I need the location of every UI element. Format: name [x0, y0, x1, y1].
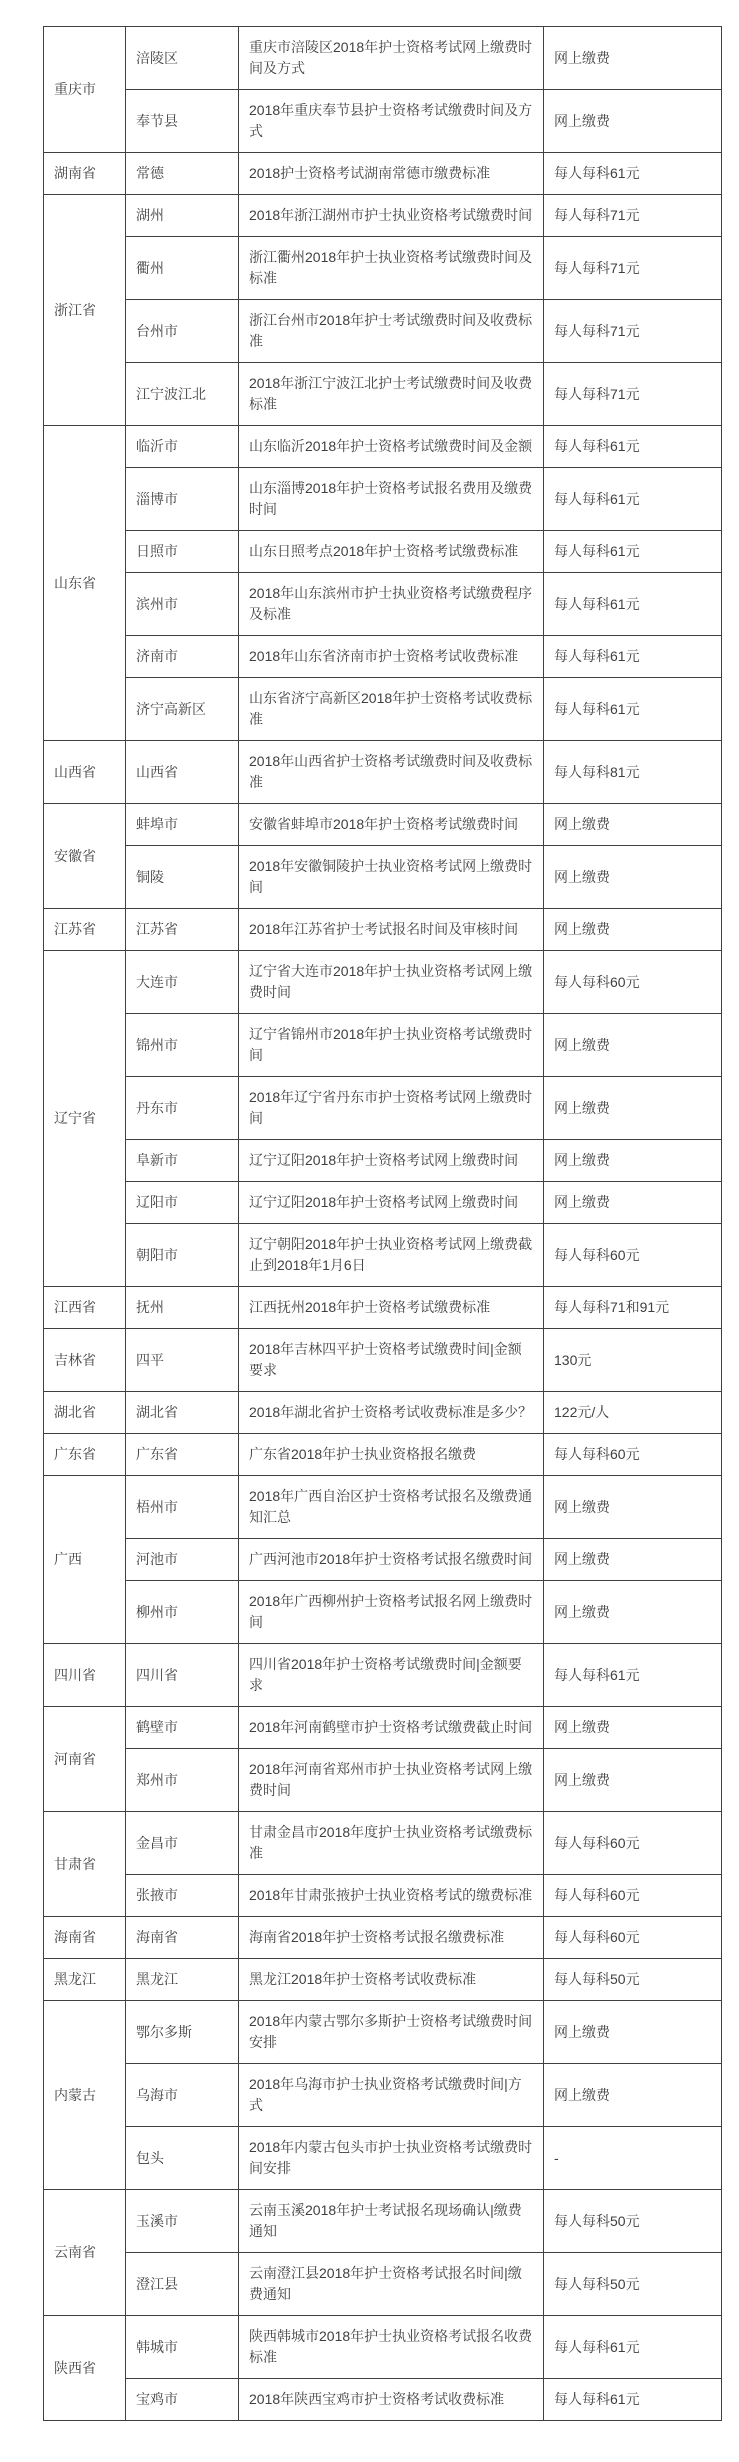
province-group: 山东省临沂市山东临沂2018年护士资格考试缴费时间及金额每人每科61元淄博市山东…	[44, 426, 722, 741]
fee-cell: 每人每科50元	[544, 2190, 722, 2253]
fee-cell: 网上缴费	[544, 27, 722, 90]
table-row: 日照市山东日照考点2018年护士资格考试缴费标准每人每科61元	[44, 531, 722, 573]
title-cell[interactable]: 2018年辽宁省丹东市护士资格考试网上缴费时间	[239, 1077, 544, 1140]
fee-cell: 每人每科61元	[544, 573, 722, 636]
table-row: 甘肃省金昌市甘肃金昌市2018年度护士执业资格考试缴费标准每人每科60元	[44, 1812, 722, 1875]
fee-cell: 每人每科71和91元	[544, 1287, 722, 1329]
table-row: 乌海市2018年乌海市护士执业资格考试缴费时间|方式网上缴费	[44, 2064, 722, 2127]
title-cell[interactable]: 江西抚州2018年护士资格考试缴费标准	[239, 1287, 544, 1329]
city-cell: 四川省	[126, 1644, 239, 1707]
fee-cell: 网上缴费	[544, 1581, 722, 1644]
city-cell: 海南省	[126, 1917, 239, 1959]
table-row: 柳州市2018年广西柳州护士资格考试报名网上缴费时间网上缴费	[44, 1581, 722, 1644]
city-cell: 大连市	[126, 951, 239, 1014]
title-cell[interactable]: 2018年江苏省护士考试报名时间及审核时间	[239, 909, 544, 951]
city-cell: 郑州市	[126, 1749, 239, 1812]
table-row: 淄博市山东淄博2018年护士资格考试报名费用及缴费时间每人每科61元	[44, 468, 722, 531]
fee-cell: 网上缴费	[544, 90, 722, 153]
table-row: 重庆市涪陵区重庆市涪陵区2018年护士资格考试网上缴费时间及方式网上缴费	[44, 27, 722, 90]
table-row: 张掖市2018年甘肃张掖护士执业资格考试的缴费标准每人每科60元	[44, 1875, 722, 1917]
fee-cell: -	[544, 2127, 722, 2190]
table-row: 云南省玉溪市云南玉溪2018年护士考试报名现场确认|缴费通知每人每科50元	[44, 2190, 722, 2253]
province-cell: 江西省	[44, 1287, 126, 1329]
fee-cell: 每人每科60元	[544, 1875, 722, 1917]
title-cell[interactable]: 云南玉溪2018年护士考试报名现场确认|缴费通知	[239, 2190, 544, 2253]
province-group: 陕西省韩城市陕西韩城市2018年护士执业资格考试报名收费标准每人每科61元宝鸡市…	[44, 2316, 722, 2421]
city-cell: 济南市	[126, 636, 239, 678]
title-cell[interactable]: 浙江台州市2018年护士考试缴费时间及收费标准	[239, 300, 544, 363]
table-row: 锦州市辽宁省锦州市2018年护士执业资格考试缴费时间网上缴费	[44, 1014, 722, 1077]
title-cell[interactable]: 陕西韩城市2018年护士执业资格考试报名收费标准	[239, 2316, 544, 2379]
city-cell: 铜陵	[126, 846, 239, 909]
province-group: 辽宁省大连市辽宁省大连市2018年护士执业资格考试网上缴费时间每人每科60元锦州…	[44, 951, 722, 1287]
title-cell[interactable]: 广西河池市2018年护士资格考试报名缴费时间	[239, 1539, 544, 1581]
fee-cell: 网上缴费	[544, 1539, 722, 1581]
title-cell[interactable]: 2018年山东滨州市护士执业资格考试缴费程序及标准	[239, 573, 544, 636]
table-row: 黑龙江黑龙江黑龙江2018年护士资格考试收费标准每人每科50元	[44, 1959, 722, 2001]
table-row: 滨州市2018年山东滨州市护士执业资格考试缴费程序及标准每人每科61元	[44, 573, 722, 636]
table-row: 台州市浙江台州市2018年护士考试缴费时间及收费标准每人每科71元	[44, 300, 722, 363]
city-cell: 济宁高新区	[126, 678, 239, 741]
table-row: 陕西省韩城市陕西韩城市2018年护士执业资格考试报名收费标准每人每科61元	[44, 2316, 722, 2379]
province-group: 海南省海南省海南省2018年护士资格考试报名缴费标准每人每科60元	[44, 1917, 722, 1959]
province-group: 山西省山西省2018年山西省护士资格考试缴费时间及收费标准每人每科81元	[44, 741, 722, 804]
city-cell: 湖州	[126, 195, 239, 237]
city-cell: 河池市	[126, 1539, 239, 1581]
table-row: 丹东市2018年辽宁省丹东市护士资格考试网上缴费时间网上缴费	[44, 1077, 722, 1140]
page: 重庆市涪陵区重庆市涪陵区2018年护士资格考试网上缴费时间及方式网上缴费奉节县2…	[0, 26, 739, 2462]
fee-cell: 每人每科60元	[544, 1917, 722, 1959]
province-group: 江西省抚州江西抚州2018年护士资格考试缴费标准每人每科71和91元	[44, 1287, 722, 1329]
fee-cell: 每人每科61元	[544, 468, 722, 531]
province-group: 安徽省蚌埠市安徽省蚌埠市2018年护士资格考试缴费时间网上缴费铜陵2018年安徽…	[44, 804, 722, 909]
fee-cell: 每人每科61元	[544, 1644, 722, 1707]
table-row: 广西梧州市2018年广西自治区护士资格考试报名及缴费通知汇总网上缴费	[44, 1476, 722, 1539]
fee-cell: 每人每科61元	[544, 678, 722, 741]
fee-cell: 每人每科71元	[544, 237, 722, 300]
fee-cell: 每人每科50元	[544, 1959, 722, 2001]
fee-cell: 每人每科61元	[544, 153, 722, 195]
city-cell: 澄江县	[126, 2253, 239, 2316]
title-cell[interactable]: 2018年陕西宝鸡市护士资格考试收费标准	[239, 2379, 544, 2421]
province-cell: 云南省	[44, 2190, 126, 2316]
title-cell[interactable]: 2018年甘肃张掖护士执业资格考试的缴费标准	[239, 1875, 544, 1917]
title-cell[interactable]: 甘肃金昌市2018年度护士执业资格考试缴费标准	[239, 1812, 544, 1875]
province-group: 重庆市涪陵区重庆市涪陵区2018年护士资格考试网上缴费时间及方式网上缴费奉节县2…	[44, 27, 722, 153]
city-cell: 湖北省	[126, 1392, 239, 1434]
province-cell: 广西	[44, 1476, 126, 1644]
fee-cell: 每人每科61元	[544, 636, 722, 678]
city-cell: 包头	[126, 2127, 239, 2190]
fee-cell: 每人每科61元	[544, 531, 722, 573]
city-cell: 柳州市	[126, 1581, 239, 1644]
title-cell[interactable]: 2018年内蒙古鄂尔多斯护士资格考试缴费时间安排	[239, 2001, 544, 2064]
table-row: 吉林省四平2018年吉林四平护士资格考试缴费时间|金额要求130元	[44, 1329, 722, 1392]
fee-cell: 网上缴费	[544, 1140, 722, 1182]
title-cell[interactable]: 山东临沂2018年护士资格考试缴费时间及金额	[239, 426, 544, 468]
province-group: 四川省四川省四川省2018年护士资格考试缴费时间|金额要求每人每科61元	[44, 1644, 722, 1707]
fee-cell: 每人每科71元	[544, 300, 722, 363]
city-cell: 宝鸡市	[126, 2379, 239, 2421]
title-cell[interactable]: 辽宁辽阳2018年护士资格考试网上缴费时间	[239, 1140, 544, 1182]
province-group: 江苏省江苏省2018年江苏省护士考试报名时间及审核时间网上缴费	[44, 909, 722, 951]
city-cell: 抚州	[126, 1287, 239, 1329]
title-cell[interactable]: 2018年河南鹤壁市护士资格考试缴费截止时间	[239, 1707, 544, 1749]
city-cell: 常德	[126, 153, 239, 195]
province-group: 河南省鹤壁市2018年河南鹤壁市护士资格考试缴费截止时间网上缴费郑州市2018年…	[44, 1707, 722, 1812]
table-row: 朝阳市辽宁朝阳2018年护士执业资格考试网上缴费截止到2018年1月6日每人每科…	[44, 1224, 722, 1287]
title-cell[interactable]: 辽宁省锦州市2018年护士执业资格考试缴费时间	[239, 1014, 544, 1077]
city-cell: 日照市	[126, 531, 239, 573]
province-group: 广西梧州市2018年广西自治区护士资格考试报名及缴费通知汇总网上缴费河池市广西河…	[44, 1476, 722, 1644]
table-row: 广东省广东省广东省2018年护士执业资格报名缴费每人每科60元	[44, 1434, 722, 1476]
province-cell: 吉林省	[44, 1329, 126, 1392]
title-cell[interactable]: 云南澄江县2018年护士资格考试报名时间|缴费通知	[239, 2253, 544, 2316]
province-group: 浙江省湖州2018年浙江湖州市护士执业资格考试缴费时间每人每科71元衢州浙江衢州…	[44, 195, 722, 426]
title-cell[interactable]: 山东日照考点2018年护士资格考试缴费标准	[239, 531, 544, 573]
title-cell[interactable]: 广东省2018年护士执业资格报名缴费	[239, 1434, 544, 1476]
city-cell: 丹东市	[126, 1077, 239, 1140]
province-cell: 湖北省	[44, 1392, 126, 1434]
table-row: 内蒙古鄂尔多斯2018年内蒙古鄂尔多斯护士资格考试缴费时间安排网上缴费	[44, 2001, 722, 2064]
city-cell: 衢州	[126, 237, 239, 300]
city-cell: 奉节县	[126, 90, 239, 153]
fee-cell: 122元/人	[544, 1392, 722, 1434]
city-cell: 台州市	[126, 300, 239, 363]
table-row: 湖南省常德2018护士资格考试湖南常德市缴费标准每人每科61元	[44, 153, 722, 195]
table-row: 浙江省湖州2018年浙江湖州市护士执业资格考试缴费时间每人每科71元	[44, 195, 722, 237]
table-row: 衢州浙江衢州2018年护士执业资格考试缴费时间及标准每人每科71元	[44, 237, 722, 300]
city-cell: 辽阳市	[126, 1182, 239, 1224]
title-cell[interactable]: 2018年重庆奉节县护士资格考试缴费时间及方式	[239, 90, 544, 153]
fee-cell: 每人每科61元	[544, 2316, 722, 2379]
province-group: 甘肃省金昌市甘肃金昌市2018年度护士执业资格考试缴费标准每人每科60元张掖市2…	[44, 1812, 722, 1917]
province-cell: 江苏省	[44, 909, 126, 951]
city-cell: 梧州市	[126, 1476, 239, 1539]
city-cell: 四平	[126, 1329, 239, 1392]
table-row: 海南省海南省海南省2018年护士资格考试报名缴费标准每人每科60元	[44, 1917, 722, 1959]
province-cell: 安徽省	[44, 804, 126, 909]
city-cell: 蚌埠市	[126, 804, 239, 846]
table-row: 澄江县云南澄江县2018年护士资格考试报名时间|缴费通知每人每科50元	[44, 2253, 722, 2316]
province-cell: 甘肃省	[44, 1812, 126, 1917]
fee-cell: 网上缴费	[544, 2064, 722, 2127]
fee-table: 重庆市涪陵区重庆市涪陵区2018年护士资格考试网上缴费时间及方式网上缴费奉节县2…	[43, 26, 722, 2421]
fee-cell: 网上缴费	[544, 1014, 722, 1077]
title-cell[interactable]: 2018年乌海市护士执业资格考试缴费时间|方式	[239, 2064, 544, 2127]
fee-cell: 网上缴费	[544, 804, 722, 846]
fee-cell: 130元	[544, 1329, 722, 1392]
table-row: 安徽省蚌埠市安徽省蚌埠市2018年护士资格考试缴费时间网上缴费	[44, 804, 722, 846]
city-cell: 玉溪市	[126, 2190, 239, 2253]
fee-cell: 每人每科60元	[544, 1434, 722, 1476]
title-cell[interactable]: 2018年山东省济南市护士资格考试收费标准	[239, 636, 544, 678]
table-row: 山东省临沂市山东临沂2018年护士资格考试缴费时间及金额每人每科61元	[44, 426, 722, 468]
fee-cell: 每人每科60元	[544, 951, 722, 1014]
title-cell[interactable]: 2018年浙江宁波江北护士考试缴费时间及收费标准	[239, 363, 544, 426]
table-row: 江苏省江苏省2018年江苏省护士考试报名时间及审核时间网上缴费	[44, 909, 722, 951]
table-row: 江宁波江北2018年浙江宁波江北护士考试缴费时间及收费标准每人每科71元	[44, 363, 722, 426]
city-cell: 涪陵区	[126, 27, 239, 90]
city-cell: 淄博市	[126, 468, 239, 531]
title-cell[interactable]: 2018年吉林四平护士资格考试缴费时间|金额要求	[239, 1329, 544, 1392]
fee-cell: 每人每科61元	[544, 2379, 722, 2421]
city-cell: 锦州市	[126, 1014, 239, 1077]
title-cell[interactable]: 2018年山西省护士资格考试缴费时间及收费标准	[239, 741, 544, 804]
fee-cell: 每人每科61元	[544, 426, 722, 468]
city-cell: 张掖市	[126, 1875, 239, 1917]
title-cell[interactable]: 海南省2018年护士资格考试报名缴费标准	[239, 1917, 544, 1959]
title-cell[interactable]: 辽宁辽阳2018年护士资格考试网上缴费时间	[239, 1182, 544, 1224]
fee-cell: 网上缴费	[544, 2001, 722, 2064]
title-cell[interactable]: 山东省济宁高新区2018年护士资格考试收费标准	[239, 678, 544, 741]
city-cell: 江宁波江北	[126, 363, 239, 426]
table-row: 宝鸡市2018年陕西宝鸡市护士资格考试收费标准每人每科61元	[44, 2379, 722, 2421]
city-cell: 阜新市	[126, 1140, 239, 1182]
title-cell[interactable]: 2018年浙江湖州市护士执业资格考试缴费时间	[239, 195, 544, 237]
fee-cell: 每人每科71元	[544, 363, 722, 426]
table-row: 湖北省湖北省2018年湖北省护士资格考试收费标准是多少？122元/人	[44, 1392, 722, 1434]
title-cell[interactable]: 2018年湖北省护士资格考试收费标准是多少？	[239, 1392, 544, 1434]
table-row: 包头2018年内蒙古包头市护士执业资格考试缴费时间安排-	[44, 2127, 722, 2190]
table-row: 济南市2018年山东省济南市护士资格考试收费标准每人每科61元	[44, 636, 722, 678]
province-cell: 辽宁省	[44, 951, 126, 1287]
fee-cell: 每人每科81元	[544, 741, 722, 804]
city-cell: 鄂尔多斯	[126, 2001, 239, 2064]
city-cell: 乌海市	[126, 2064, 239, 2127]
fee-cell: 网上缴费	[544, 1749, 722, 1812]
city-cell: 金昌市	[126, 1812, 239, 1875]
fee-cell: 网上缴费	[544, 1182, 722, 1224]
title-cell[interactable]: 2018年河南省郑州市护士执业资格考试网上缴费时间	[239, 1749, 544, 1812]
province-cell: 黑龙江	[44, 1959, 126, 2001]
fee-cell: 每人每科60元	[544, 1812, 722, 1875]
city-cell: 江苏省	[126, 909, 239, 951]
title-cell[interactable]: 山东淄博2018年护士资格考试报名费用及缴费时间	[239, 468, 544, 531]
table-row: 辽阳市辽宁辽阳2018年护士资格考试网上缴费时间网上缴费	[44, 1182, 722, 1224]
table-row: 河池市广西河池市2018年护士资格考试报名缴费时间网上缴费	[44, 1539, 722, 1581]
province-cell: 海南省	[44, 1917, 126, 1959]
fee-cell: 网上缴费	[544, 909, 722, 951]
province-cell: 山西省	[44, 741, 126, 804]
province-group: 黑龙江黑龙江黑龙江2018年护士资格考试收费标准每人每科50元	[44, 1959, 722, 2001]
city-cell: 韩城市	[126, 2316, 239, 2379]
title-cell[interactable]: 2018年内蒙古包头市护士执业资格考试缴费时间安排	[239, 2127, 544, 2190]
title-cell[interactable]: 2018年广西自治区护士资格考试报名及缴费通知汇总	[239, 1476, 544, 1539]
fee-cell: 网上缴费	[544, 1476, 722, 1539]
province-cell: 陕西省	[44, 2316, 126, 2421]
province-group: 内蒙古鄂尔多斯2018年内蒙古鄂尔多斯护士资格考试缴费时间安排网上缴费乌海市20…	[44, 2001, 722, 2190]
province-cell: 山东省	[44, 426, 126, 741]
title-cell[interactable]: 辽宁朝阳2018年护士执业资格考试网上缴费截止到2018年1月6日	[239, 1224, 544, 1287]
title-cell[interactable]: 2018年广西柳州护士资格考试报名网上缴费时间	[239, 1581, 544, 1644]
title-cell[interactable]: 2018年安徽铜陵护士执业资格考试网上缴费时间	[239, 846, 544, 909]
title-cell[interactable]: 重庆市涪陵区2018年护士资格考试网上缴费时间及方式	[239, 27, 544, 90]
city-cell: 黑龙江	[126, 1959, 239, 2001]
table-row: 四川省四川省四川省2018年护士资格考试缴费时间|金额要求每人每科61元	[44, 1644, 722, 1707]
province-group: 云南省玉溪市云南玉溪2018年护士考试报名现场确认|缴费通知每人每科50元澄江县…	[44, 2190, 722, 2316]
title-cell[interactable]: 四川省2018年护士资格考试缴费时间|金额要求	[239, 1644, 544, 1707]
city-cell: 朝阳市	[126, 1224, 239, 1287]
fee-cell: 网上缴费	[544, 1707, 722, 1749]
province-group: 广东省广东省广东省2018年护士执业资格报名缴费每人每科60元	[44, 1434, 722, 1476]
table-row: 山西省山西省2018年山西省护士资格考试缴费时间及收费标准每人每科81元	[44, 741, 722, 804]
title-cell[interactable]: 2018护士资格考试湖南常德市缴费标准	[239, 153, 544, 195]
fee-cell: 每人每科50元	[544, 2253, 722, 2316]
table-row: 辽宁省大连市辽宁省大连市2018年护士执业资格考试网上缴费时间每人每科60元	[44, 951, 722, 1014]
province-cell: 浙江省	[44, 195, 126, 426]
city-cell: 广东省	[126, 1434, 239, 1476]
title-cell[interactable]: 安徽省蚌埠市2018年护士资格考试缴费时间	[239, 804, 544, 846]
province-group: 湖南省常德2018护士资格考试湖南常德市缴费标准每人每科61元	[44, 153, 722, 195]
city-cell: 鹤壁市	[126, 1707, 239, 1749]
fee-cell: 网上缴费	[544, 846, 722, 909]
province-group: 吉林省四平2018年吉林四平护士资格考试缴费时间|金额要求130元	[44, 1329, 722, 1392]
province-cell: 四川省	[44, 1644, 126, 1707]
title-cell[interactable]: 浙江衢州2018年护士执业资格考试缴费时间及标准	[239, 237, 544, 300]
province-cell: 湖南省	[44, 153, 126, 195]
province-cell: 重庆市	[44, 27, 126, 153]
table-row: 江西省抚州江西抚州2018年护士资格考试缴费标准每人每科71和91元	[44, 1287, 722, 1329]
table-row: 河南省鹤壁市2018年河南鹤壁市护士资格考试缴费截止时间网上缴费	[44, 1707, 722, 1749]
city-cell: 滨州市	[126, 573, 239, 636]
fee-cell: 网上缴费	[544, 1077, 722, 1140]
table-row: 奉节县2018年重庆奉节县护士资格考试缴费时间及方式网上缴费	[44, 90, 722, 153]
city-cell: 临沂市	[126, 426, 239, 468]
title-cell[interactable]: 黑龙江2018年护士资格考试收费标准	[239, 1959, 544, 2001]
table-row: 济宁高新区山东省济宁高新区2018年护士资格考试收费标准每人每科61元	[44, 678, 722, 741]
province-group: 湖北省湖北省2018年湖北省护士资格考试收费标准是多少？122元/人	[44, 1392, 722, 1434]
table-row: 郑州市2018年河南省郑州市护士执业资格考试网上缴费时间网上缴费	[44, 1749, 722, 1812]
table-row: 阜新市辽宁辽阳2018年护士资格考试网上缴费时间网上缴费	[44, 1140, 722, 1182]
fee-cell: 每人每科71元	[544, 195, 722, 237]
table-row: 铜陵2018年安徽铜陵护士执业资格考试网上缴费时间网上缴费	[44, 846, 722, 909]
fee-cell: 每人每科60元	[544, 1224, 722, 1287]
title-cell[interactable]: 辽宁省大连市2018年护士执业资格考试网上缴费时间	[239, 951, 544, 1014]
city-cell: 山西省	[126, 741, 239, 804]
province-cell: 河南省	[44, 1707, 126, 1812]
province-cell: 内蒙古	[44, 2001, 126, 2190]
province-cell: 广东省	[44, 1434, 126, 1476]
